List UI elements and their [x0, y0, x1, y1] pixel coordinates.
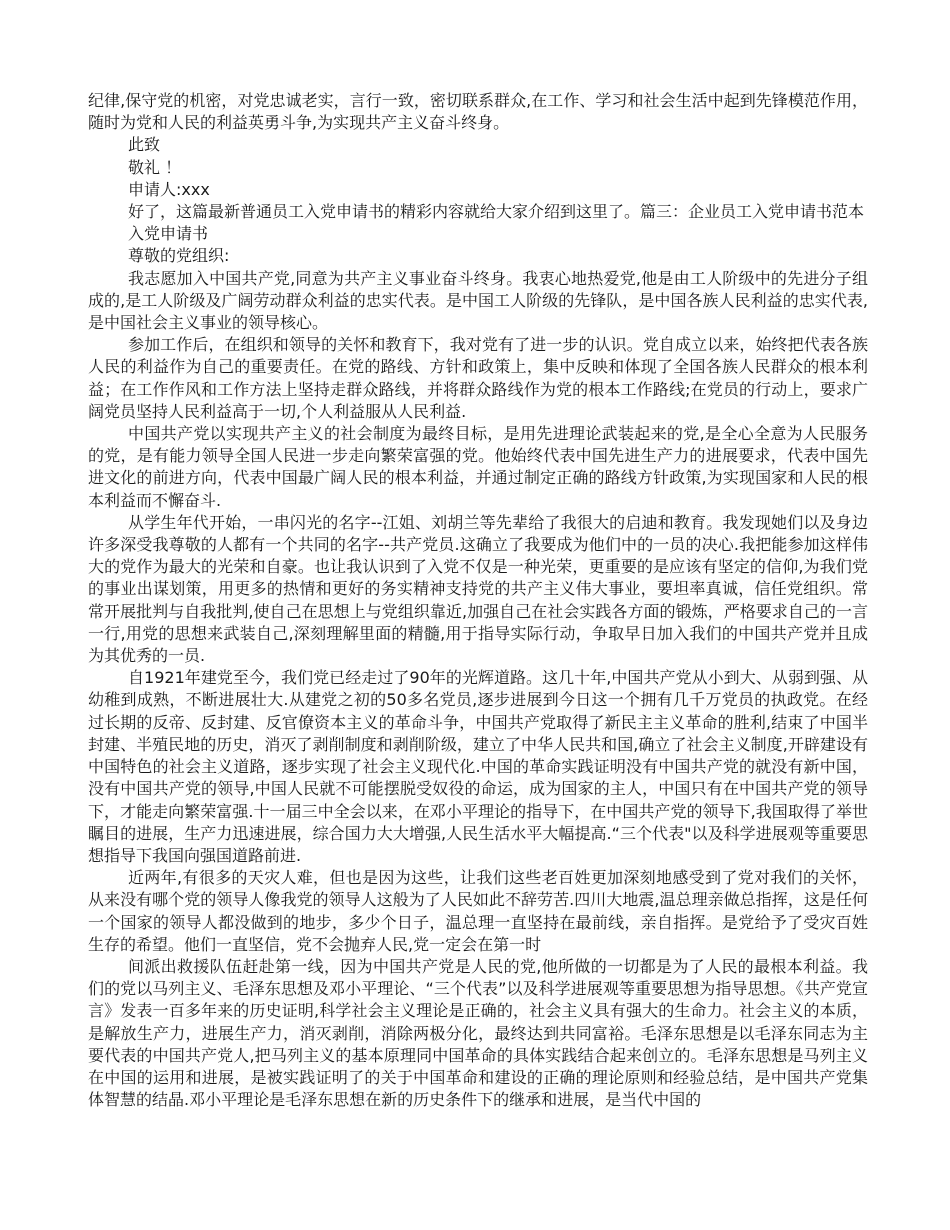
closing-jingli: 敬礼 ！ [88, 157, 868, 179]
paragraph-party-history: 自1921年建党至今，我们党已经走过了90年的光辉道路。这几十年,中国共产党从小… [88, 667, 868, 867]
paragraph-transition: 好了，这篇最新普通员工入党申请书的精彩内容就给大家介绍到这里了。篇三：企业员工入… [88, 201, 868, 223]
applicant-signature: 申请人:xxx [88, 179, 868, 201]
paragraph-student-years: 从学生年代开始，一串闪光的名字--江姐、刘胡兰等先辈给了我很大的启迪和教育。我发… [88, 512, 868, 667]
paragraph-work-experience: 参加工作后，在组织和领导的关怀和教育下，我对党有了进一步的认识。党自成立以来，始… [88, 334, 868, 423]
document-heading: 入党申请书 [88, 223, 868, 245]
paragraph-pledge-end: 纪律,保守党的机密，对党忠诚老实，言行一致，密切联系群众,在工作、学习和社会生活… [88, 90, 868, 134]
closing-cizhi: 此致 [88, 134, 868, 156]
paragraph-guiding-thought: 间派出救援队伍赶赴第一线，因为中国共产党是人民的党,他所做的一切都是为了人民的最… [88, 956, 868, 1111]
paragraph-party-goals: 中国共产党以实现共产主义的社会制度为最终目标，是用先进理论武装起来的党,是全心全… [88, 423, 868, 512]
paragraph-disasters: 近两年,有很多的天灾人难，但也是因为这些，让我们这些老百姓更加深刻地感受到了党对… [88, 867, 868, 956]
paragraph-intent: 我志愿加入中国共产党,同意为共产主义事业奋斗终身。我衷心地热爱党,他是由工人阶级… [88, 268, 868, 335]
document-page: 纪律,保守党的机密，对党忠诚老实，言行一致，密切联系群众,在工作、学习和社会生活… [88, 90, 868, 1111]
salutation: 尊敬的党组织: [88, 245, 868, 267]
